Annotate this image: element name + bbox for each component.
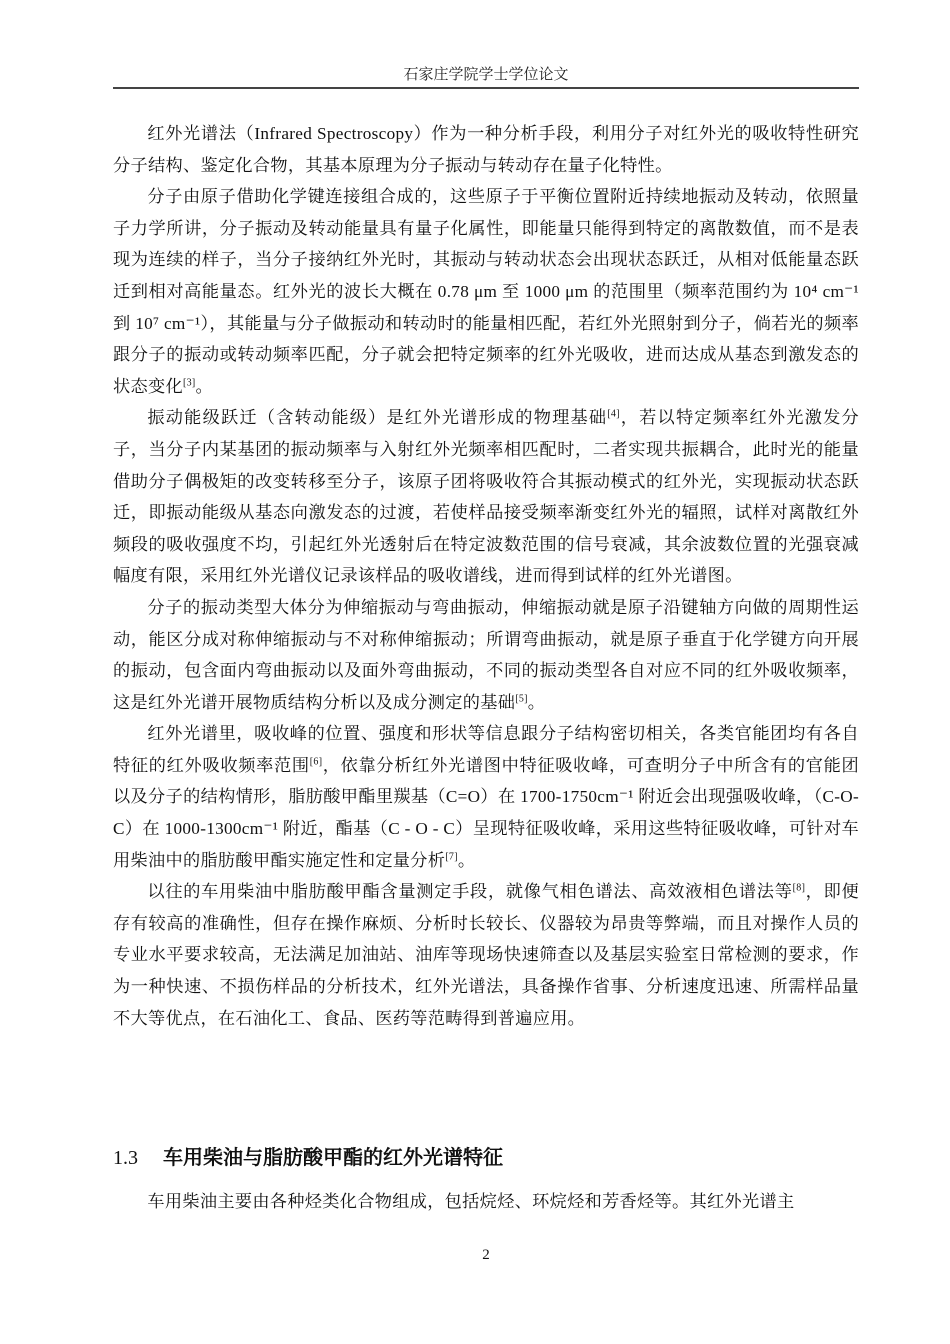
paragraph-text: 。 <box>196 377 214 396</box>
citation-ref[interactable]: [6] <box>310 756 323 767</box>
paragraph-text: ，即便存有较高的准确性，但存在操作麻烦、分析时长较长、仪器较为昂贵等弊端，而且对… <box>113 882 859 1027</box>
section-body: 车用柴油主要由各种烃类化合物组成，包括烷烃、环烷烃和芳香烃等。其红外光谱主 <box>113 1186 859 1218</box>
citation-ref[interactable]: [5] <box>515 693 528 704</box>
paragraph-text: ，若以特定频率红外光激发分子，当分子内某基团的振动频率与入射红外光频率相匹配时，… <box>113 408 859 585</box>
paragraph-text: 红外光谱法（Infrared Spectroscopy）作为一种分析手段，利用分… <box>113 124 859 175</box>
paragraph-text: 分子的振动类型大体分为伸缩振动与弯曲振动，伸缩振动就是原子沿键轴方向做的周期性运… <box>113 598 859 712</box>
citation-ref[interactable]: [4] <box>607 409 620 420</box>
paragraph-text: 振动能级跃迁（含转动能级）是红外光谱形成的物理基础 <box>147 408 607 427</box>
body-text: 红外光谱法（Infrared Spectroscopy）作为一种分析手段，利用分… <box>113 118 859 1034</box>
paragraph-energy-transition: 振动能级跃迁（含转动能级）是红外光谱形成的物理基础[4]，若以特定频率红外光激发… <box>113 402 859 592</box>
page-number: 2 <box>113 1247 859 1264</box>
page-header-title: 石家庄学院学士学位论文 <box>113 66 859 84</box>
section-title: 车用柴油与脂肪酸甲酯的红外光谱特征 <box>163 1145 503 1169</box>
paragraph-diesel-composition: 车用柴油主要由各种烃类化合物组成，包括烷烃、环烷烃和芳香烃等。其红外光谱主 <box>113 1186 859 1218</box>
paragraph-text: 分子由原子借助化学键连接组合成的，这些原子于平衡位置附近持续地振动及转动，依照量… <box>113 187 859 396</box>
paragraph-intro: 红外光谱法（Infrared Spectroscopy）作为一种分析手段，利用分… <box>113 118 859 181</box>
paragraph-text: 。 <box>458 851 476 870</box>
section-number: 1.3 <box>113 1144 163 1172</box>
paragraph-traditional-methods: 以往的车用柴油中脂肪酸甲酯含量测定手段，就像气相色谱法、高效液相色谱法等[8]，… <box>113 876 859 1034</box>
paragraph-text: 车用柴油主要由各种烃类化合物组成，包括烷烃、环烷烃和芳香烃等。其红外光谱主 <box>147 1192 794 1211</box>
header-rule <box>113 87 859 89</box>
paragraph-text: 。 <box>528 693 546 712</box>
section-heading: 1.3车用柴油与脂肪酸甲酯的红外光谱特征 <box>113 1143 859 1172</box>
citation-ref[interactable]: [3] <box>183 377 196 388</box>
citation-ref[interactable]: [7] <box>445 851 458 862</box>
paragraph-text: 以往的车用柴油中脂肪酸甲酯含量测定手段，就像气相色谱法、高效液相色谱法等 <box>147 882 792 901</box>
citation-ref[interactable]: [8] <box>793 883 806 894</box>
paragraph-molecular-vibration: 分子由原子借助化学键连接组合成的，这些原子于平衡位置附近持续地振动及转动，依照量… <box>113 181 859 402</box>
paragraph-vibration-types: 分子的振动类型大体分为伸缩振动与弯曲振动，伸缩振动就是原子沿键轴方向做的周期性运… <box>113 592 859 718</box>
paragraph-absorption-peaks: 红外光谱里，吸收峰的位置、强度和形状等信息跟分子结构密切相关，各类官能团均有各自… <box>113 718 859 876</box>
